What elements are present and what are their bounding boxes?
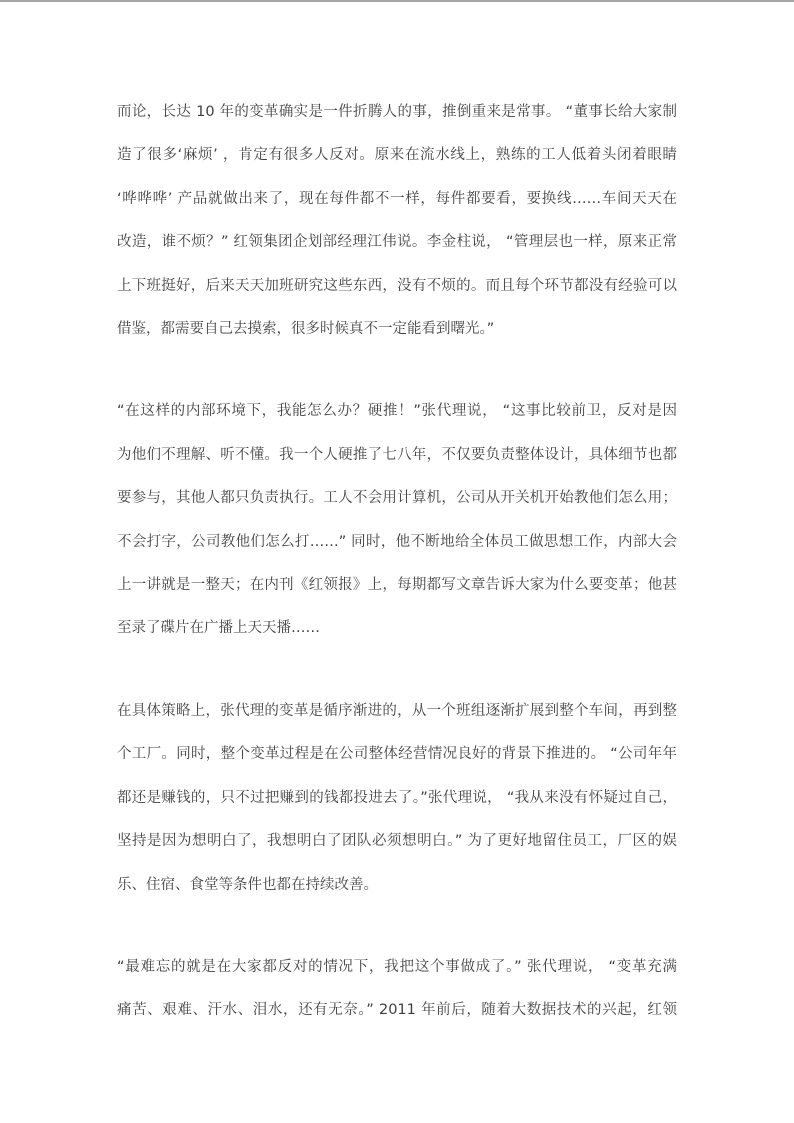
paragraph: “最难忘的就是在大家都反对的情况下，我把这个事做成了。” 张代理说， “变革充满…: [117, 946, 677, 1033]
text-line: 至录了碟片在广播上天天播……: [117, 607, 677, 650]
text-line: 都还是赚钱的，只不过把赚到的钱都投进去了。”张代理说， “我从来没有怀疑过自己，: [117, 777, 677, 820]
text-line: 上下班挺好，后来天天加班研究这些东西，没有不烦的。而且每个环节都没有经验可以: [117, 265, 677, 308]
text-line: 痛苦、艰难、汗水、泪水，还有无奈。” 2011 年前后，随着大数据技术的兴起，红…: [117, 989, 677, 1032]
text-line: 要参与，其他人都只负责执行。工人不会用计算机，公司从开关机开始教他们怎么用；: [117, 477, 677, 520]
text-line: “在这样的内部环境下，我能怎么办？硬推！”张代理说， “这事比较前卫，反对是因: [117, 390, 677, 433]
text-line: 而论，长达 10 年的变革确实是一件折腾人的事，推倒重来是常事。 “董事长给大家…: [117, 91, 677, 134]
text-line: 坚持是因为想明白了，我想明白了团队必须想明白。” 为了更好地留住员工，厂区的娱: [117, 820, 677, 863]
text-line: 上一讲就是一整天；在内刊《红领报》上，每期都写文章告诉大家为什么要变革；他甚: [117, 564, 677, 607]
page-top-border: [0, 0, 794, 2]
text-line: 个工厂。同时，整个变革过程是在公司整体经营情况良好的背景下推进的。 “公司年年: [117, 733, 677, 776]
text-line: 不会打字，公司教他们怎么打……” 同时，他不断地给全体员工做思想工作，内部大会: [117, 521, 677, 564]
text-line: ‘哗哗哗’ 产品就做出来了，现在每件都不一样，每件都要看，要换线……车间天天在: [117, 178, 677, 221]
text-line: 为他们不理解、听不懂。我一个人硬推了七八年，不仅要负责整体设计，具体细节也都: [117, 434, 677, 477]
document-page: 而论，长达 10 年的变革确实是一件折腾人的事，推倒重来是常事。 “董事长给大家…: [0, 0, 794, 1123]
text-line: “最难忘的就是在大家都反对的情况下，我把这个事做成了。” 张代理说， “变革充满: [117, 946, 677, 989]
text-line: 改造，谁不烦？” 红领集团企划部经理江伟说。李金柱说， “管理层也一样，原来正常: [117, 221, 677, 264]
text-line: 乐、住宿、食堂等条件也都在持续改善。: [117, 864, 677, 907]
paragraph: 在具体策略上，张代理的变革是循序渐进的，从一个班组逐渐扩展到整个车间，再到整个工…: [117, 690, 677, 907]
text-line: 在具体策略上，张代理的变革是循序渐进的，从一个班组逐渐扩展到整个车间，再到整: [117, 690, 677, 733]
page-content: 而论，长达 10 年的变革确实是一件折腾人的事，推倒重来是常事。 “董事长给大家…: [117, 91, 677, 1072]
paragraph: “在这样的内部环境下，我能怎么办？硬推！”张代理说， “这事比较前卫，反对是因为…: [117, 390, 677, 650]
paragraph: 而论，长达 10 年的变革确实是一件折腾人的事，推倒重来是常事。 “董事长给大家…: [117, 91, 677, 351]
text-line: 造了很多‘麻烦’ ，肯定有很多人反对。原来在流水线上，熟练的工人低着头闭着眼睛: [117, 134, 677, 177]
text-line: 借鉴，都需要自己去摸索，很多时候真不一定能看到曙光。”: [117, 308, 677, 351]
